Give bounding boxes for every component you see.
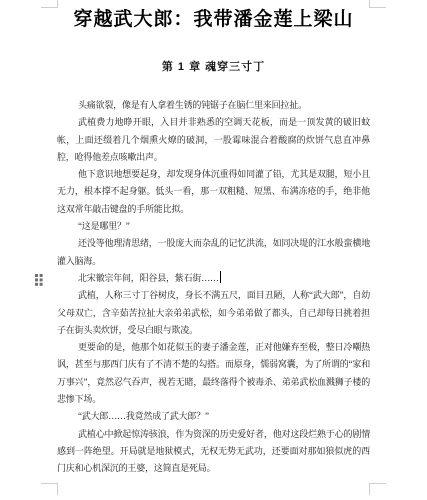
paragraph-dialogue[interactable]: “武大郎……我竟然成了武大郎？”: [57, 408, 370, 425]
document-title[interactable]: 穿越武大郎：我带潘金莲上梁山: [0, 9, 427, 31]
paragraph[interactable]: 武植，人称三寸丁谷树皮，身长不满五尺，面目丑陋，人称“武大郎”，自幼父母双亡，含…: [57, 287, 370, 339]
paragraph[interactable]: 武植心中掀起惊涛骇浪，作为资深的历史爱好者，他对这段烂熟于心的剧情感到一阵绝望。…: [57, 426, 370, 478]
paragraph[interactable]: 他下意识地想要起身，却发现身体沉重得如同灌了铅，尤其是双腿，短小且无力，根本撑不…: [57, 166, 370, 218]
text-boundary-mark-top-left: [41, 0, 58, 8]
paragraph[interactable]: 武植费力地睁开眼，入目并非熟悉的空调天花板，而是一顶发黄的破旧蚊帐，上面还缀着几…: [57, 114, 370, 166]
drag-handle-icon[interactable]: [35, 274, 38, 277]
text-boundary-mark-bottom-right: [369, 483, 386, 495]
paragraph-with-caret[interactable]: 北宋徽宗年间，阳谷县，紫石街……: [57, 270, 370, 287]
document-page[interactable]: 穿越武大郎：我带潘金莲上梁山 第 1 章 魂穿三寸丁 头痛欲裂，像是有人拿着生锈…: [0, 0, 427, 500]
text-boundary-mark-top-right: [369, 0, 386, 8]
chapter-heading[interactable]: 第 1 章 魂穿三寸丁: [0, 61, 427, 74]
paragraph-text: 北宋徽宗年间，阳谷县，紫石街……: [78, 273, 219, 283]
paragraph[interactable]: 更要命的是，他那个如花似玉的妻子潘金莲，正对他嫌弃至极，整日冷嘲热讽，甚至与那西…: [57, 339, 370, 408]
document-body[interactable]: 头痛欲裂，像是有人拿着生锈的钝锯子在脑仁里来回拉扯。 武植费力地睁开眼，入目并非…: [57, 97, 370, 478]
paragraph[interactable]: 头痛欲裂，像是有人拿着生锈的钝锯子在脑仁里来回拉扯。: [57, 97, 370, 114]
paragraph[interactable]: 还没等他理清思绪，一股庞大而杂乱的记忆洪流，如同决堤的江水般蛮横地灌入脑海。: [57, 235, 370, 270]
paragraph-dialogue[interactable]: “这是哪里？”: [57, 218, 370, 235]
text-cursor: [220, 271, 222, 283]
text-boundary-mark-bottom-left: [41, 483, 58, 495]
